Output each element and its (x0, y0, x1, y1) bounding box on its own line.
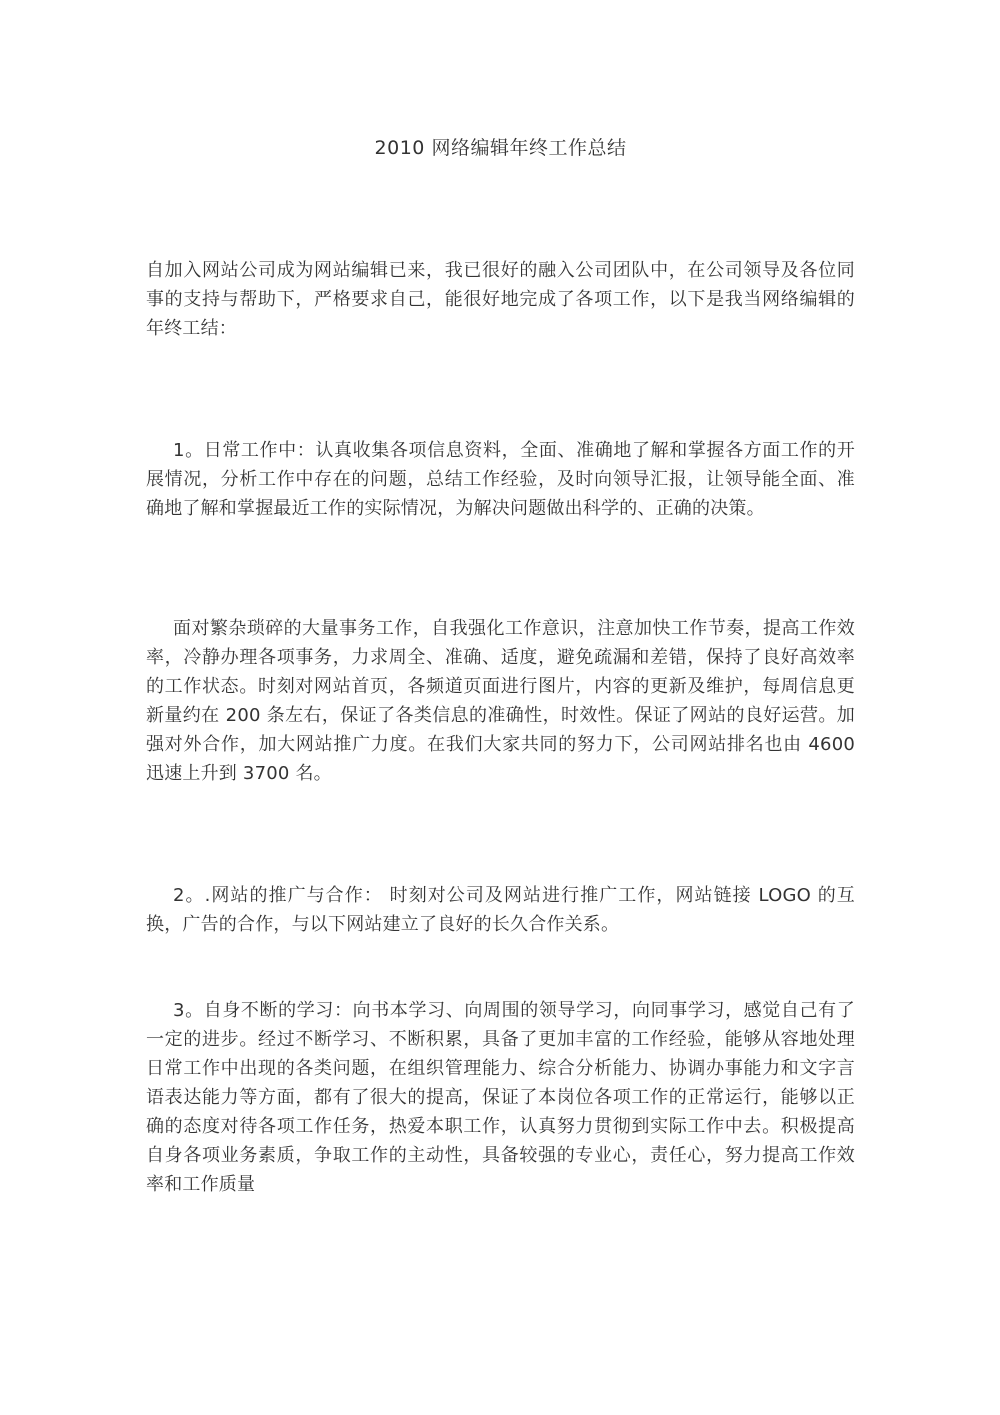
paragraph-promotion-cooperation: 2。.网站的推广与合作： 时刻对公司及网站进行推广工作，网站链接 LOGO 的互… (146, 881, 855, 939)
paragraph-self-learning: 3。自身不断的学习：向书本学习、向周围的领导学习，向同事学习，感觉自己有了一定的… (146, 996, 855, 1199)
document-page: 2010 网络编辑年终工作总结 自加入网站公司成为网站编辑已来，我已很好的融入公… (0, 0, 1000, 1415)
paragraph-work-efficiency: 面对繁杂琐碎的大量事务工作，自我强化工作意识，注意加快工作节奏，提高工作效率，冷… (146, 614, 855, 788)
paragraph-intro: 自加入网站公司成为网站编辑已来，我已很好的融入公司团队中，在公司领导及各位同事的… (146, 256, 855, 343)
document-title: 2010 网络编辑年终工作总结 (146, 134, 855, 163)
paragraph-daily-work: 1。日常工作中：认真收集各项信息资料，全面、准确地了解和掌握各方面工作的开展情况… (146, 436, 855, 523)
